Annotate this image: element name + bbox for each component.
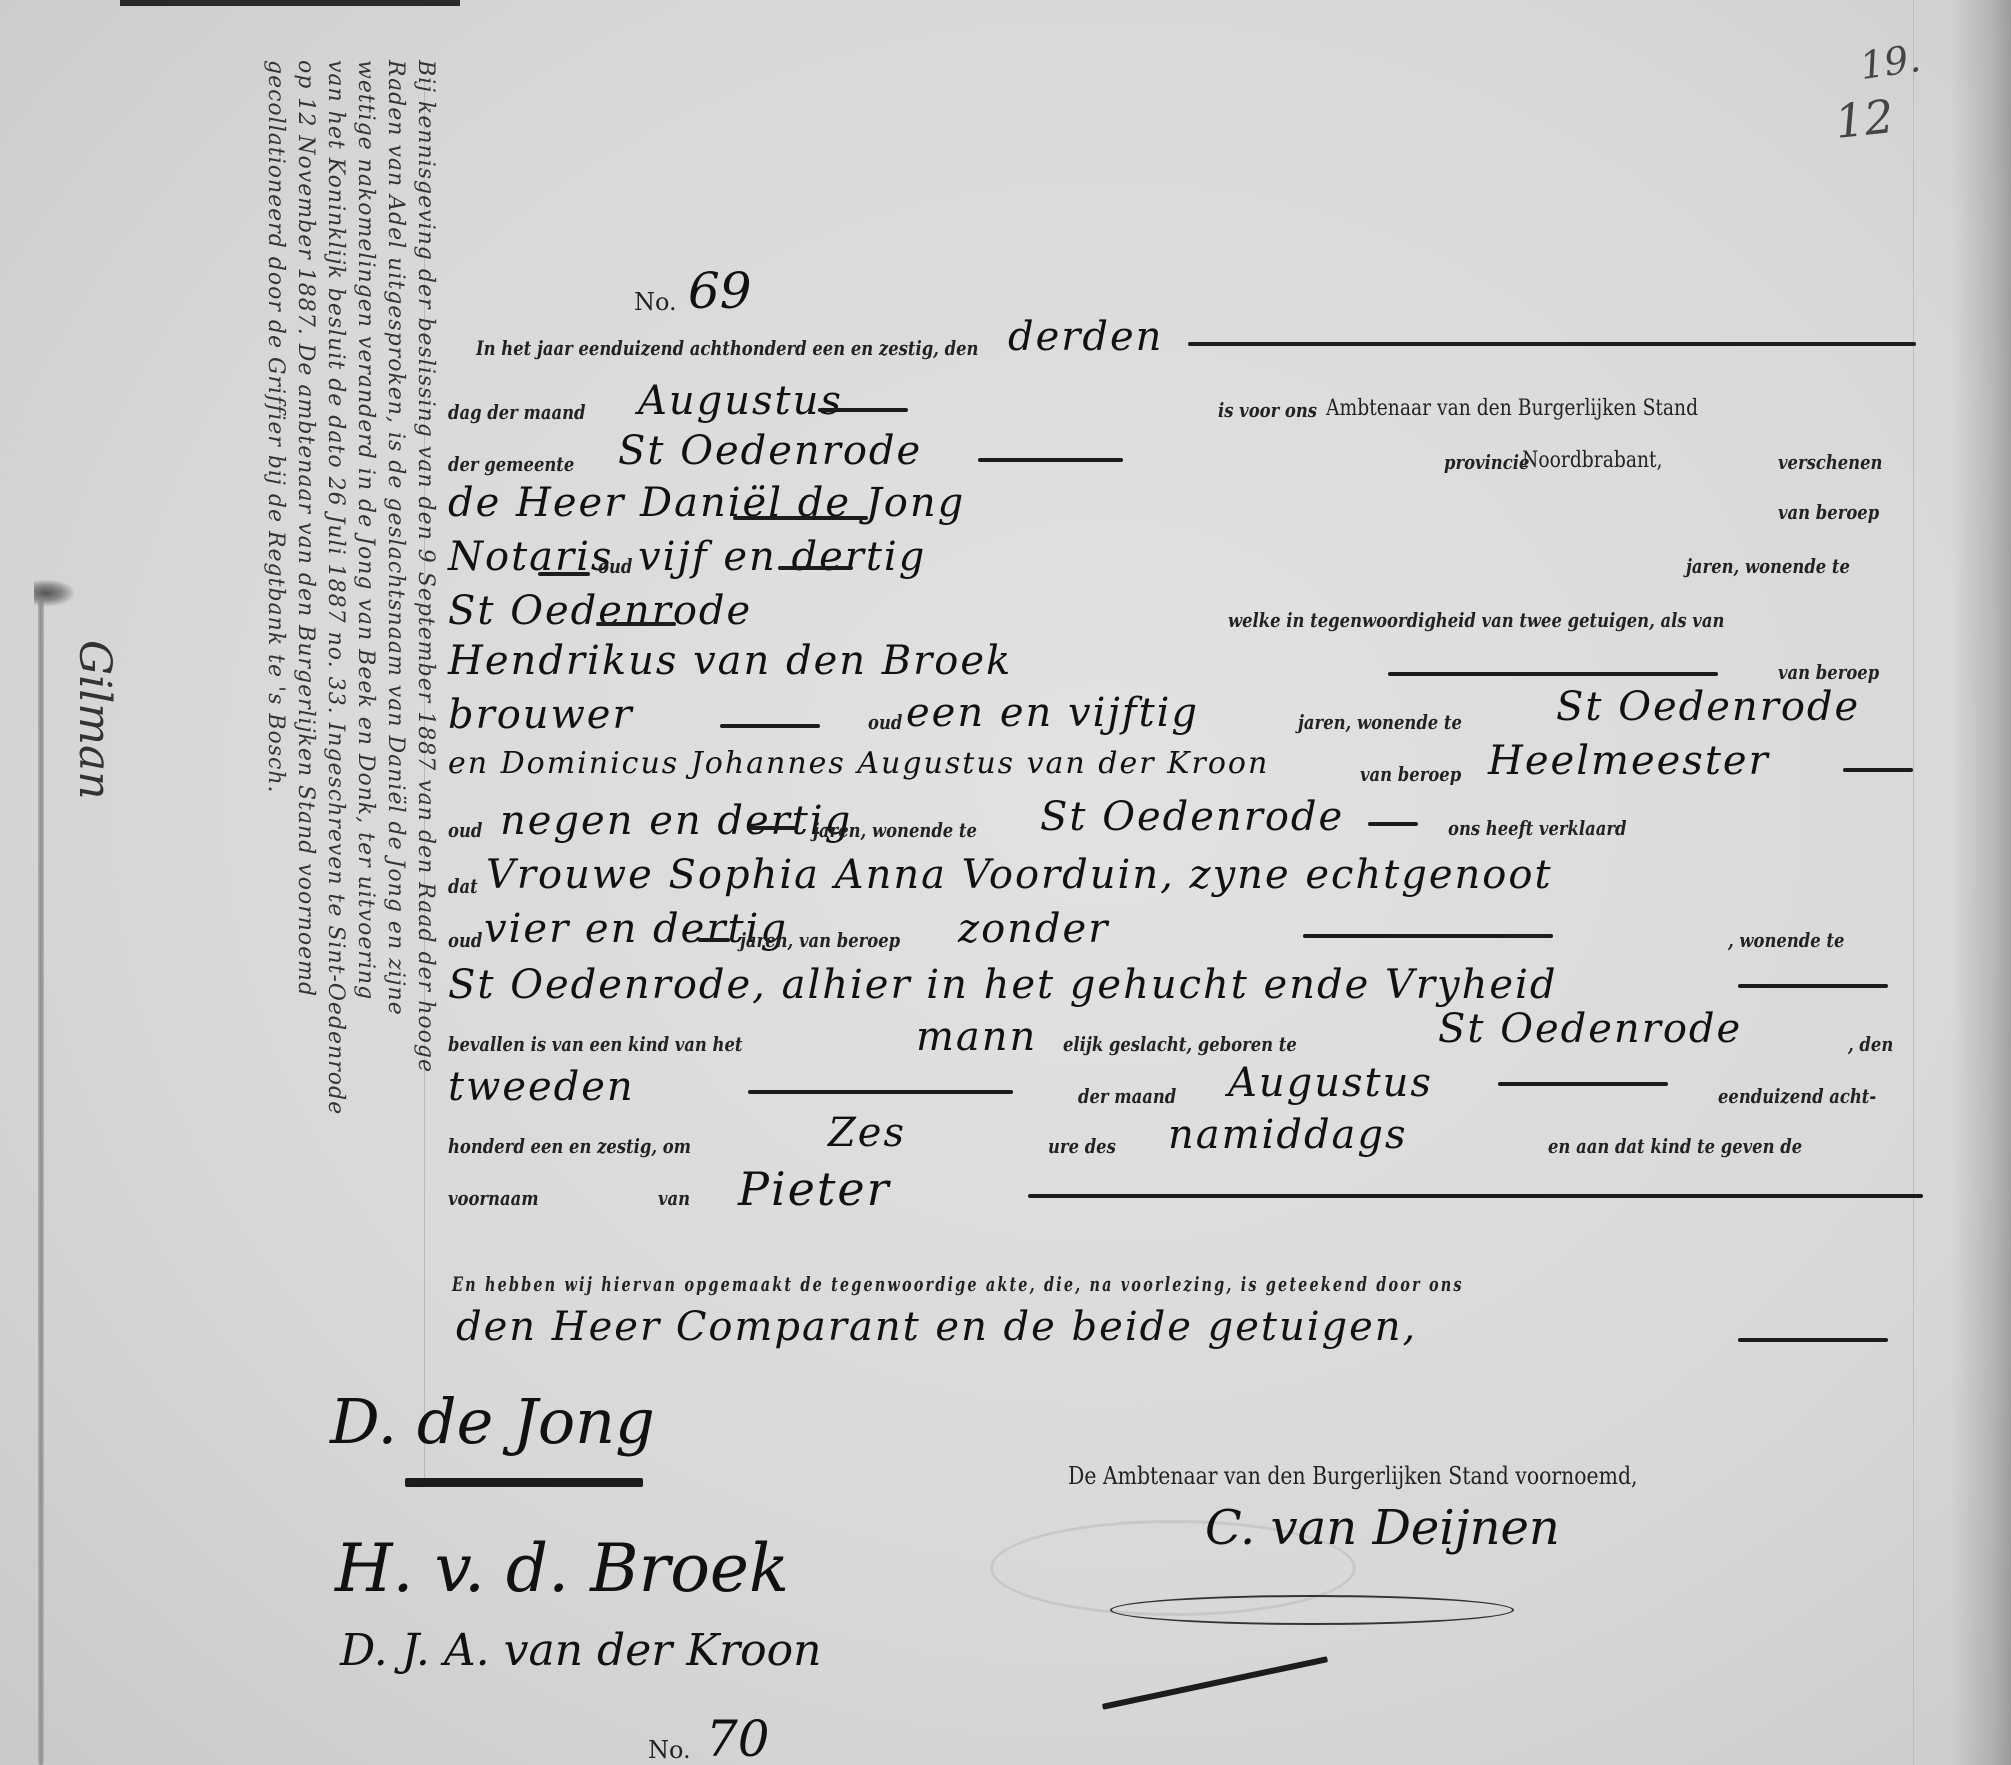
printed-text: van beroep	[1778, 660, 1879, 684]
fill-line	[818, 408, 908, 412]
fill-line	[1738, 984, 1888, 988]
mother-occupation: zonder	[958, 906, 1109, 952]
form-line-17: voornaam van Pieter	[448, 1168, 1918, 1228]
printed-text: , wonende te	[1728, 928, 1844, 952]
fill-line	[538, 572, 590, 576]
province: Noordbrabant,	[1522, 448, 1662, 473]
fill-line	[733, 516, 868, 520]
form-line-19: den Heer Comparant en de beide getuigen,	[448, 1308, 1918, 1368]
printed-text: van beroep	[1778, 500, 1879, 524]
margin-signature: Gilman	[69, 640, 120, 800]
printed-text: In het jaar eenduizend achthonderd een e…	[476, 336, 978, 360]
witness1-occupation: brouwer	[448, 692, 634, 738]
printed-text: eenduizend acht-	[1718, 1084, 1876, 1108]
witness1-name: Hendrikus van den Broek	[448, 638, 1012, 684]
printed-text: verschenen	[1778, 450, 1882, 474]
fill-line	[1388, 672, 1718, 676]
margin-line: wettige nakomelingen veranderd in de Jon…	[350, 60, 380, 1490]
printed-text: is voor ons	[1218, 398, 1317, 422]
declarant-residence: St Oedenrode	[448, 588, 752, 634]
printed-text: en aan dat kind te geven de	[1548, 1134, 1802, 1158]
witness1-age: een en vijftig	[906, 690, 1199, 736]
printed-text: oud	[448, 818, 482, 842]
time-of-day: namiddags	[1168, 1112, 1408, 1158]
margin-line: op 12 November 1887. De ambtenaar van de…	[290, 60, 320, 1490]
record-number: 69	[688, 262, 752, 320]
father-signature: D. de Jong	[330, 1385, 655, 1458]
form-line-1: In het jaar eenduizend achthonderd een e…	[448, 322, 1918, 382]
fill-line	[720, 724, 820, 728]
printed-text: dag der maand	[448, 400, 586, 424]
printed-text: elijk geslacht, geboren te	[1063, 1032, 1297, 1056]
form-line-14: bevallen is van een kind van het mann el…	[448, 1016, 1918, 1076]
mother-name: Vrouwe Sophia Anna Voorduin, zyne echtge…	[486, 852, 1553, 898]
printed-text: oud	[448, 928, 482, 952]
municipality-written: St Oedenrode	[618, 428, 922, 474]
certificate-form: No. 69 In het jaar eenduizend achthonder…	[448, 0, 1918, 1765]
birth-place: St Oedenrode	[1438, 1006, 1742, 1052]
birth-day: tweeden	[448, 1064, 635, 1110]
printed-text: van	[658, 1186, 690, 1210]
declarant-name: de Heer Daniël de Jong	[448, 480, 965, 526]
birth-month: Augustus	[1228, 1060, 1433, 1106]
record-number-label: No.	[634, 288, 677, 316]
binding-fold	[38, 590, 44, 1765]
fill-line	[1303, 934, 1553, 938]
printed-text: , den	[1848, 1032, 1893, 1056]
official-signature: C. van Deijnen	[1205, 1500, 1560, 1556]
printed-text: van beroep	[1360, 762, 1461, 786]
fill-line	[596, 622, 676, 626]
fill-line	[748, 826, 798, 830]
printed-text: ure des	[1048, 1134, 1116, 1158]
printed-text: der gemeente	[448, 452, 574, 476]
child-name: Pieter	[738, 1162, 891, 1216]
printed-text: welke in tegenwoordigheid van twee getui…	[1228, 608, 1724, 632]
declarant-age: vijf en dertig	[638, 534, 926, 580]
birth-residence: St Oedenrode, alhier in het gehucht ende…	[448, 962, 1557, 1008]
signature-flourish-loop	[1110, 1595, 1514, 1625]
next-record-number: 70	[706, 1710, 770, 1765]
binding-tear	[34, 580, 74, 606]
birth-hour: Zes	[828, 1110, 906, 1156]
printed-text: dat	[448, 874, 478, 898]
printed-text: honderd een en zestig, om	[448, 1134, 691, 1158]
fill-line	[1738, 1338, 1888, 1342]
fill-line	[1498, 1082, 1668, 1086]
day-written: derden	[1008, 314, 1163, 360]
document-scan: 19. 12 Bij kennisgeving der beslissing v…	[0, 0, 2011, 1765]
fill-line	[1028, 1194, 1923, 1198]
witness1-residence: St Oedenrode	[1556, 684, 1860, 730]
child-sex: mann	[916, 1014, 1037, 1060]
witness2-age: negen en dertig	[500, 798, 852, 844]
margin-annotation: Bij kennisgeving der beslissing van den …	[150, 60, 440, 1490]
witness2-signature: D. J. A. van der Kroon	[340, 1625, 822, 1676]
printed-text: jaren, wonende te	[1686, 554, 1850, 578]
margin-line: gecollationeerd door de Griffier bij de …	[260, 60, 290, 1490]
fill-line	[978, 458, 1123, 462]
witness2-residence: St Oedenrode	[1040, 794, 1344, 840]
fill-line	[1188, 342, 1916, 346]
month-written: Augustus	[638, 378, 843, 424]
printed-text: oud	[868, 710, 902, 734]
witness2-name: en Dominicus Johannes Augustus van der K…	[448, 746, 1269, 781]
printed-text: En hebben wij hiervan opgemaakt de tegen…	[452, 1272, 1464, 1296]
fill-line	[1368, 822, 1418, 826]
margin-line: Bij kennisgeving der beslissing van den …	[410, 60, 440, 1490]
signature-flourish	[405, 1478, 643, 1487]
scan-top-edge	[120, 0, 460, 6]
witness2-occupation: Heelmeester	[1488, 738, 1770, 784]
printed-text: ons heeft verklaard	[1448, 816, 1627, 840]
fill-line	[748, 1090, 1013, 1094]
fill-line	[698, 938, 730, 942]
printed-text: bevallen is van een kind van het	[448, 1032, 742, 1056]
printed-text: jaren, wonende te	[1298, 710, 1462, 734]
margin-line: van het Koninklijk besluit de dato 26 Ju…	[320, 60, 350, 1490]
next-record-number-label: No.	[648, 1736, 691, 1764]
printed-text: jaren, wonende te	[813, 818, 977, 842]
fill-line	[1843, 768, 1913, 772]
printed-text: oud	[598, 554, 632, 578]
printed-text: Ambtenaar van den Burgerlijken Stand	[1326, 396, 1698, 421]
printed-text: provincie	[1444, 450, 1529, 474]
printed-text: voornaam	[448, 1186, 539, 1210]
signatories: den Heer Comparant en de beide getuigen,	[456, 1304, 1417, 1350]
printed-text: jaren, van beroep	[740, 928, 900, 952]
margin-line: Raden van Adel uitgesproken, is de gesla…	[380, 60, 410, 1490]
page-edge-shadow	[1951, 0, 2011, 1765]
official-caption: De Ambtenaar van den Burgerlijken Stand …	[1068, 1462, 1638, 1490]
fill-line	[778, 566, 853, 570]
witness1-signature: H. v. d. Broek	[335, 1530, 789, 1607]
printed-text: der maand	[1078, 1084, 1176, 1108]
form-line-4: de Heer Daniël de Jong van beroep	[448, 482, 1918, 542]
